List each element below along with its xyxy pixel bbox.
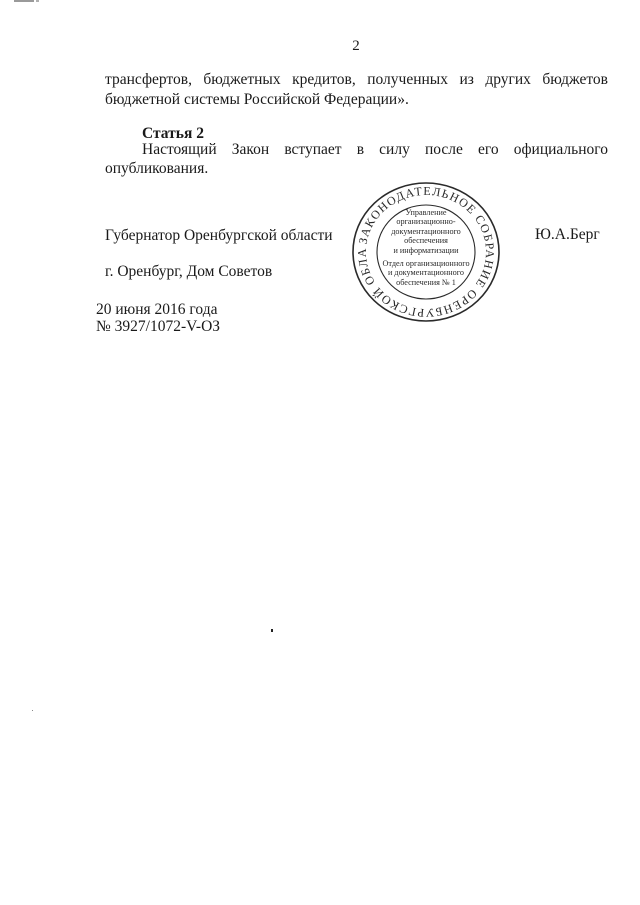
scan-artifact (36, 0, 39, 2)
scan-artifact (14, 0, 34, 2)
official-stamp: ЗАКОНОДАТЕЛЬНОЕ СОБРАНИЕ ОРЕНБУРГСКОЙ ОБ… (351, 181, 501, 323)
paragraph-line: бюджетной системы Российской Федерации». (105, 90, 409, 110)
stamp-line: обеспечения № 1 (351, 278, 501, 287)
stamp-line: организационно- (351, 217, 501, 226)
article-line: опубликования. (105, 159, 208, 179)
signatory-name: Ю.А.Берг (535, 225, 600, 245)
law-number: № 3927/1072-V-ОЗ (96, 317, 220, 337)
stamp-inner-text: Управление организационно- документацион… (351, 208, 501, 287)
signing-place: г. Оренбург, Дом Советов (105, 262, 272, 282)
stamp-line: документационного (351, 227, 501, 236)
scan-artifact (271, 629, 273, 632)
signatory-position: Губернатор Оренбургской области (105, 226, 333, 246)
paragraph-continuation: трансфертов, бюджетных кредитов, получен… (105, 70, 608, 90)
stamp-line: и документационного (351, 268, 501, 277)
article-line: Настоящий Закон вступает в силу после ег… (142, 140, 608, 160)
paragraph-line: трансфертов, бюджетных кредитов, получен… (105, 70, 608, 90)
stamp-line: Отдел организационного (351, 259, 501, 268)
stamp-line: Управление (351, 208, 501, 217)
article-text: Настоящий Закон вступает в силу после ег… (142, 140, 608, 160)
stamp-line: обеспечения (351, 236, 501, 245)
page-number: 2 (0, 38, 640, 55)
stamp-line: и информатизации (351, 246, 501, 255)
scan-artifact (32, 710, 33, 711)
